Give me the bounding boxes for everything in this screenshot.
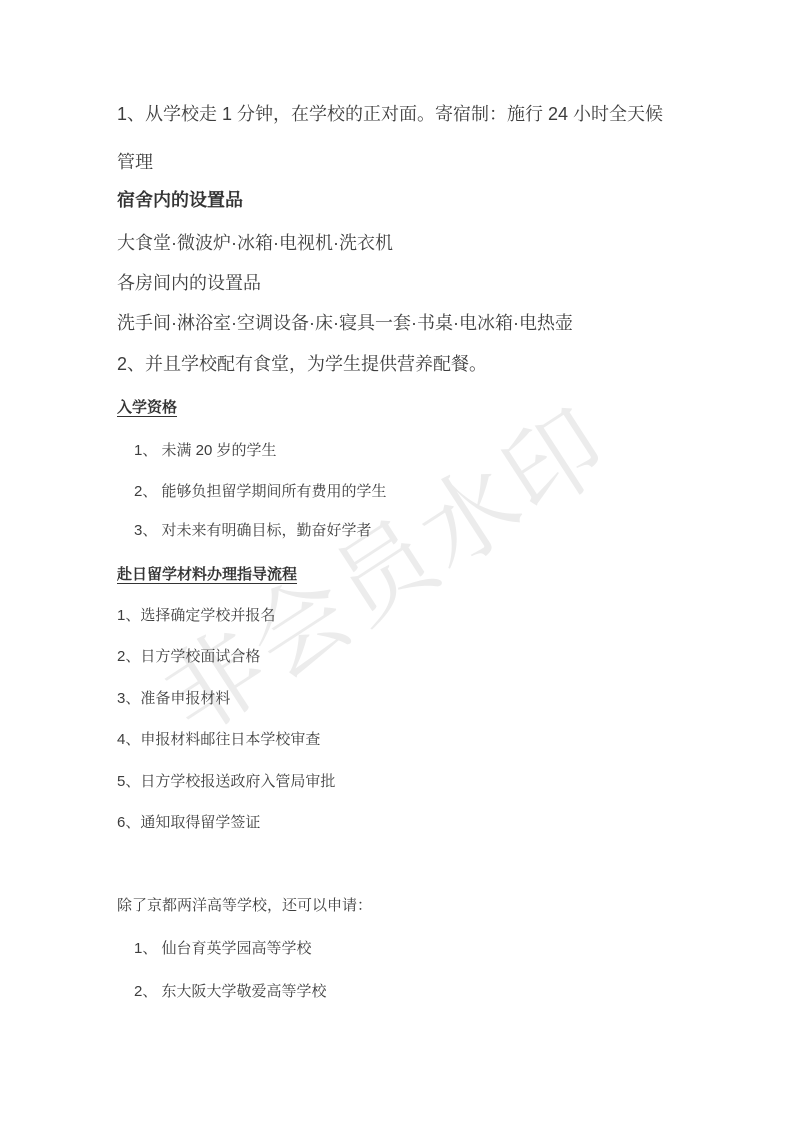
procedure-step-1: 1、选择确定学校并报名 — [117, 607, 275, 626]
procedure-step-3: 3、准备申报材料 — [117, 690, 230, 709]
qualification-item-2: 2、 能够负担留学期间所有费用的学生 — [134, 483, 387, 502]
room-items-list: 洗手间·淋浴室·空调设备·床·寝具一套·书桌·电冰箱·电热壶 — [117, 312, 573, 335]
document-page: 非会员水印 1、从学校走 1 分钟，在学校的正对面。寄宿制：施行 24 小时全天… — [0, 0, 793, 1122]
other-schools-intro: 除了京都两洋高等学校，还可以申请： — [117, 897, 372, 916]
procedure-step-6: 6、通知取得留学签证 — [117, 814, 260, 833]
procedure-heading: 赴日留学材料办理指导流程 — [117, 566, 297, 585]
other-school-item-2: 2、 东大阪大学敬爱高等学校 — [134, 983, 327, 1002]
admission-qualification-heading: 入学资格 — [117, 399, 177, 418]
walk-time-line: 1、从学校走 1 分钟，在学校的正对面。寄宿制：施行 24 小时全天候 — [117, 103, 663, 126]
procedure-step-4: 4、申报材料邮往日本学校审查 — [117, 731, 320, 750]
room-items-heading: 各房间内的设置品 — [117, 272, 261, 295]
procedure-step-5: 5、日方学校报送政府入管局审批 — [117, 773, 335, 792]
dorm-facilities-list: 大食堂·微波炉·冰箱·电视机·洗衣机 — [117, 232, 393, 255]
qualification-item-3: 3、 对未来有明确目标，勤奋好学者 — [134, 522, 372, 541]
management-line: 管理 — [117, 151, 153, 174]
procedure-step-2: 2、日方学校面试合格 — [117, 648, 260, 667]
other-school-item-1: 1、 仙台育英学园高等学校 — [134, 940, 312, 959]
canteen-line: 2、并且学校配有食堂，为学生提供营养配餐。 — [117, 353, 487, 376]
dorm-facilities-heading: 宿舍内的设置品 — [117, 189, 243, 212]
qualification-item-1: 1、 未满 20 岁的学生 — [134, 442, 277, 461]
